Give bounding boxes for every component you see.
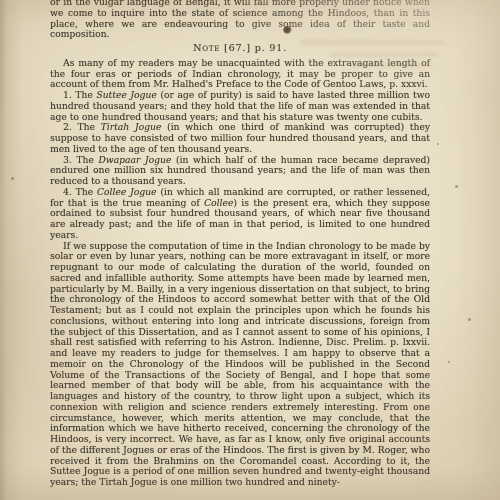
paragraph: 1. The Suttee Jogue (or age of purity) i… [50, 91, 430, 123]
paragraph: If we suppose the computation of time in… [50, 242, 430, 489]
italic-term: Dwapaar Jogue [98, 155, 171, 166]
text-run: 3. The [63, 155, 98, 166]
note-heading: Note [67.] p. 91. [50, 44, 430, 55]
paragraph: 4. The Collee Jogue (in which all mankin… [50, 188, 430, 242]
paragraph: or in the vulgar language of Bengal, it … [50, 0, 430, 41]
paragraph: 3. The Dwapaar Jogue (in which half of t… [50, 156, 430, 188]
paper-speck [455, 185, 458, 188]
paragraph: 2. The Tirtah Jogue (in which one third … [50, 123, 430, 155]
paragraph: As many of my readers may be unacquainte… [50, 59, 430, 91]
paper-speck [437, 143, 439, 145]
italic-term: Collee Jogue [97, 187, 157, 198]
paper-speck [448, 361, 450, 363]
note-heading-reference: [67.] p. 91. [220, 43, 287, 54]
note-heading-word: Note [193, 43, 220, 54]
text-run: 1. The [63, 90, 96, 101]
page-text: or in the vulgar language of Bengal, it … [50, 0, 430, 489]
text-run: As many of my readers may be unacquainte… [50, 58, 430, 91]
text-run: If we suppose the computation of time in… [50, 241, 430, 489]
text-run: 4. The [63, 187, 97, 198]
text-run: or in the vulgar language of Bengal, it … [50, 0, 430, 40]
scanned-book-page: or in the vulgar language of Bengal, it … [0, 0, 500, 500]
italic-term: Tirtah Jogue [101, 122, 162, 133]
body-paragraphs: As many of my readers may be unacquainte… [50, 59, 430, 489]
text-run: 2. The [63, 122, 101, 133]
italic-term: Suttee Jogue [96, 90, 156, 101]
italic-term: Collee [204, 198, 233, 209]
paper-speck [11, 177, 14, 180]
intro-paragraphs: or in the vulgar language of Bengal, it … [50, 0, 430, 41]
paper-speck [468, 318, 471, 321]
